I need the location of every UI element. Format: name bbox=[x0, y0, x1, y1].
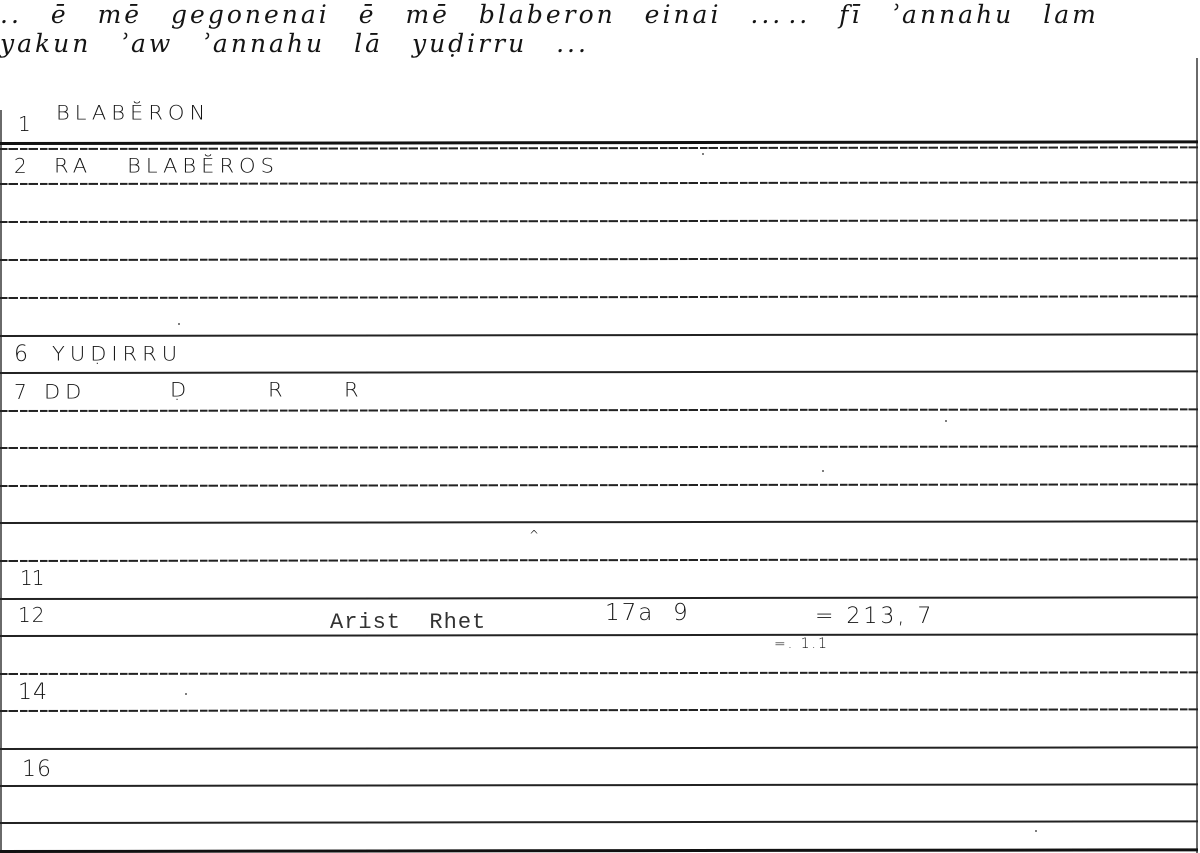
line-number: 14 bbox=[18, 680, 48, 705]
index-card: 1 BLABĔRON 2 RA BLABĔROS 6 YUḌIRRU 7 DD … bbox=[0, 0, 1200, 853]
ruled-line bbox=[0, 445, 1198, 448]
source-reference: Arist Rhet bbox=[330, 610, 486, 635]
root-letter: R bbox=[268, 379, 288, 402]
stray-mark: ^ bbox=[529, 528, 545, 542]
ruled-line bbox=[0, 146, 1198, 149]
root-letters: DD bbox=[44, 381, 86, 404]
ruled-line bbox=[0, 671, 1198, 674]
speck bbox=[702, 153, 704, 155]
root-letter: Ḍ bbox=[170, 379, 191, 402]
ruled-line bbox=[0, 633, 1198, 636]
ruled-line bbox=[0, 708, 1198, 711]
page-reference: 17a 9 bbox=[605, 600, 690, 626]
ruled-line bbox=[0, 370, 1198, 373]
ruled-line bbox=[0, 520, 1198, 523]
greek-quotation: .. ē mē gegonenai ē mē blaberon einai ..… bbox=[0, 0, 783, 29]
ruled-line bbox=[0, 140, 1198, 145]
card-right-edge bbox=[1196, 58, 1198, 853]
arabic-root-entry: YUḌIRRU bbox=[52, 343, 182, 366]
ruled-line bbox=[0, 746, 1198, 749]
equivalent-reference: = 213, 7 bbox=[815, 604, 934, 629]
root-letter: R bbox=[344, 379, 364, 402]
ruled-line bbox=[0, 558, 1198, 561]
ruled-line bbox=[0, 181, 1198, 184]
ruled-line bbox=[0, 783, 1198, 786]
speck bbox=[822, 470, 824, 472]
line-number: 1 bbox=[18, 112, 32, 136]
speck bbox=[185, 693, 187, 695]
root-entry: RA BLABĔROS bbox=[54, 155, 279, 178]
line-number: 2 bbox=[14, 154, 28, 178]
speck bbox=[945, 420, 947, 422]
speck bbox=[1035, 830, 1037, 832]
ruled-line bbox=[0, 295, 1198, 298]
speck bbox=[178, 323, 180, 325]
ruled-line bbox=[0, 219, 1198, 222]
headword: BLABĔRON bbox=[56, 102, 210, 125]
line-number: 12 bbox=[18, 603, 45, 627]
line-number: 11 bbox=[20, 566, 43, 590]
ruled-line bbox=[0, 333, 1198, 336]
ruled-line bbox=[0, 820, 1198, 823]
ruled-line bbox=[0, 483, 1198, 486]
line-number: 16 bbox=[22, 757, 52, 782]
line-number: 6 bbox=[14, 342, 29, 367]
sub-note: =. 1.1 bbox=[774, 636, 829, 652]
ruled-line bbox=[0, 848, 1198, 853]
ruled-line bbox=[0, 257, 1198, 260]
ruled-line bbox=[0, 408, 1198, 411]
line-number: 7 bbox=[14, 380, 28, 404]
ruled-line bbox=[0, 596, 1198, 599]
